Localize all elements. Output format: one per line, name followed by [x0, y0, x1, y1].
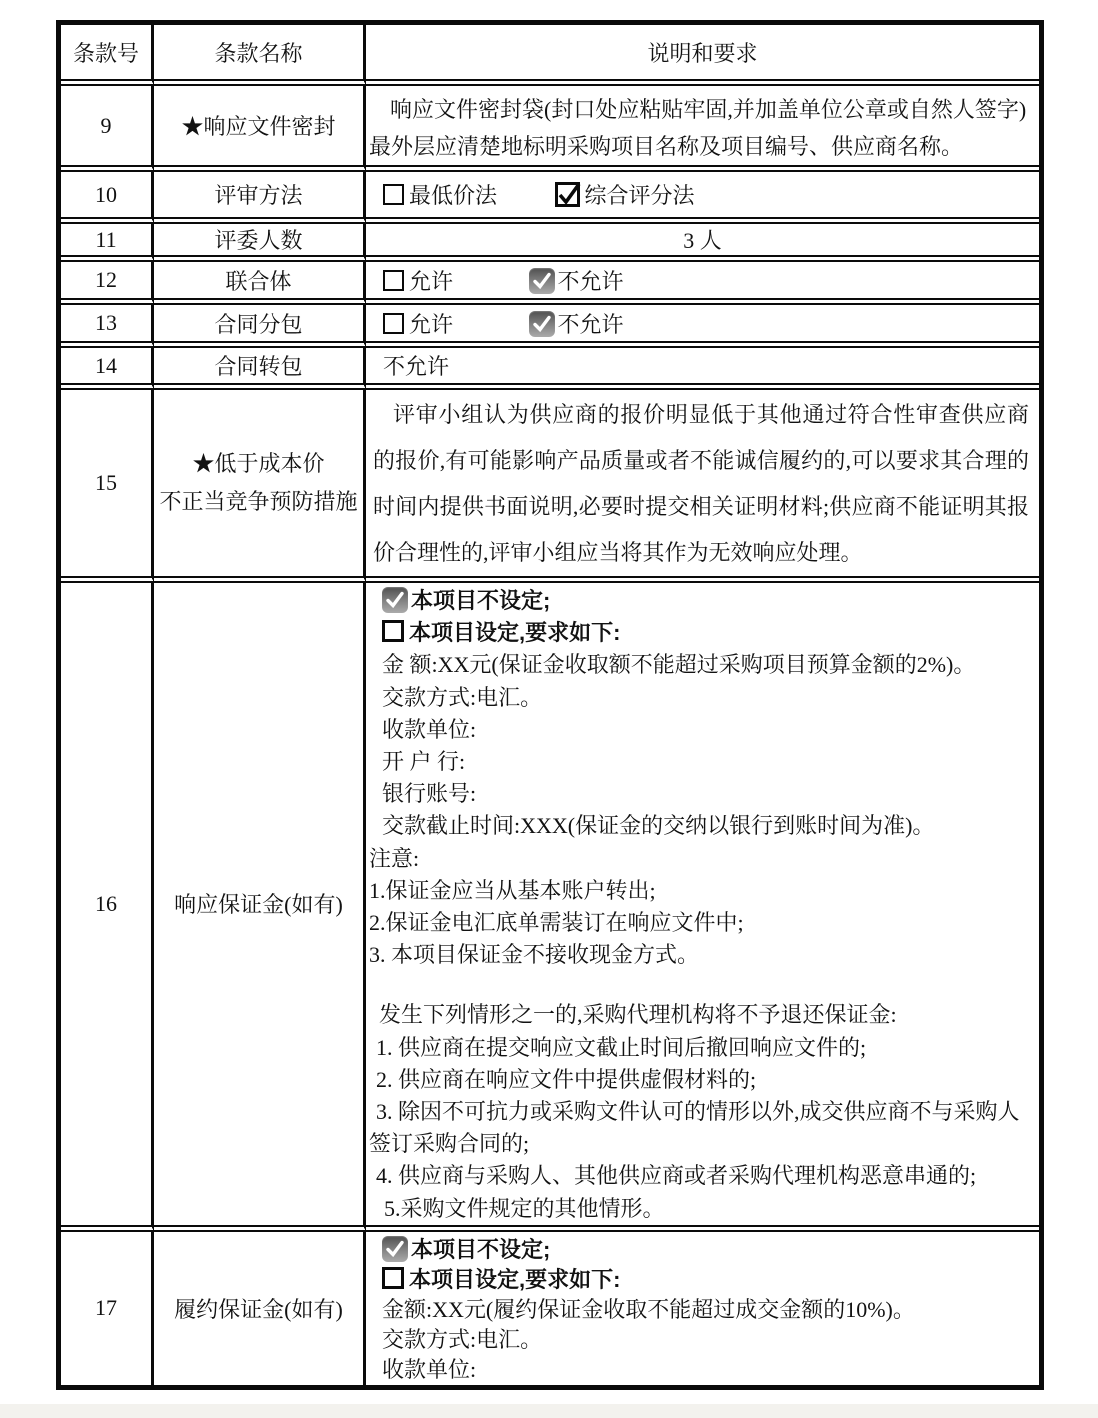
clause-desc-cell: 评审小组认为供应商的报价明显低于其他通过符合性审查供应商的报价,有可能影响产品质… — [366, 390, 1039, 583]
clause-name: ★低于成本价 不正当竞争预防措施 — [154, 390, 366, 583]
row-9: 9 ★响应文件密封 响应文件密封袋(封口处应粘贴牢固,并加盖单位公章或自然人签字… — [61, 86, 1039, 172]
detail-line: 交款方式:电汇。 — [369, 682, 1033, 714]
option-label: 本项目不设定; — [411, 1237, 550, 1262]
clause-no: 12 — [61, 262, 154, 305]
option-allowed: 允许 — [383, 312, 453, 337]
clause-desc-cell: 本项目不设定; 本项目设定,要求如下: 金额:XX元(履约保证金收取不能超过成交… — [366, 1232, 1039, 1385]
detail-line: 开 户 行: — [369, 746, 1033, 778]
forfeit-item: 5.采购文件规定的其他情形。 — [369, 1193, 1033, 1225]
forfeit-title: 发生下列情形之一的,采购代理机构将不予退还保证金: — [369, 999, 1033, 1031]
row-17: 17 履约保证金(如有) 本项目不设定; 本项目设定,要求如下: 金额:XX元(… — [61, 1232, 1039, 1385]
desc-line: 最外层应清楚地标明采购项目名称及项目编号、供应商名称。 — [369, 128, 1033, 165]
blank-line — [369, 971, 1033, 999]
detail-line: 金 额:XX元(保证金收取额不能超过采购项目预算金额的2%)。 — [369, 649, 1033, 681]
option-label: 本项目设定,要求如下: — [409, 1267, 620, 1292]
option-label: 允许 — [409, 312, 453, 337]
clauses-table: 条款号 条款名称 说明和要求 9 ★响应文件密封 响应文件密封袋(封口处应粘贴牢… — [56, 20, 1044, 1390]
header-desc: 说明和要求 — [366, 25, 1039, 86]
header-clause-name: 条款名称 — [154, 25, 366, 86]
desc-value: 不允许 — [366, 350, 1039, 381]
clause-name: 评审方法 — [154, 172, 366, 224]
desc-paragraph: 评审小组认为供应商的报价明显低于其他通过符合性审查供应商的报价,有可能影响产品质… — [369, 390, 1033, 576]
clause-desc-cell: 不允许 — [366, 348, 1039, 390]
clause-desc-cell: 响应文件密封袋(封口处应粘贴牢固,并加盖单位公章或自然人签字) 最外层应清楚地标… — [366, 86, 1039, 172]
checkbox-unchecked-icon — [382, 620, 404, 642]
clause-no: 13 — [61, 305, 154, 348]
note-title: 注意: — [369, 843, 1033, 875]
forfeit-item: 1. 供应商在提交响应文截止时间后撤回响应文件的; — [369, 1032, 1033, 1064]
checkbox-checked-icon — [382, 1236, 408, 1262]
checkbox-unchecked-icon — [383, 313, 404, 334]
clause-name-line: 不正当竞争预防措施 — [154, 483, 363, 521]
option-not-allowed: 不允许 — [529, 269, 624, 294]
forfeit-item: 2. 供应商在响应文件中提供虚假材料的; — [369, 1064, 1033, 1096]
clause-desc-cell: 3 人 — [366, 224, 1039, 262]
checkbox-checked-icon — [529, 268, 555, 294]
clause-no: 11 — [61, 224, 154, 262]
clause-no: 14 — [61, 348, 154, 390]
row-15: 15 ★低于成本价 不正当竞争预防措施 评审小组认为供应商的报价明显低于其他通过… — [61, 390, 1039, 583]
option-lowest-price: 最低价法 — [383, 183, 497, 208]
option-not-set: 本项目不设定; — [369, 585, 1033, 617]
option-label: 综合评分法 — [585, 183, 695, 208]
option-label: 允许 — [409, 269, 453, 294]
clause-name: 响应保证金(如有) — [154, 583, 366, 1232]
checkbox-checked-icon — [529, 311, 555, 337]
detail-line: 交款截止时间:XXX(保证金的交纳以银行到账时间为准)。 — [369, 810, 1033, 842]
row-14: 14 合同转包 不允许 — [61, 348, 1039, 390]
clause-name-line: ★低于成本价 — [154, 445, 363, 483]
checkbox-unchecked-icon — [383, 270, 404, 291]
option-label: 本项目不设定; — [411, 588, 550, 613]
forfeit-item: 4. 供应商与采购人、其他供应商或者采购代理机构恶意串通的; — [369, 1160, 1033, 1192]
row-11: 11 评委人数 3 人 — [61, 224, 1039, 262]
checkbox-unchecked-icon — [382, 1267, 404, 1289]
row-13: 13 合同分包 允许 不允许 — [61, 305, 1039, 348]
clause-no: 10 — [61, 172, 154, 224]
option-label: 不允许 — [558, 312, 624, 337]
detail-line: 交款方式:电汇。 — [369, 1325, 1033, 1355]
header-clause-no: 条款号 — [61, 25, 154, 86]
desc-line: 响应文件密封袋(封口处应粘贴牢固,并加盖单位公章或自然人签字) — [369, 86, 1033, 128]
document-page: 条款号 条款名称 说明和要求 9 ★响应文件密封 响应文件密封袋(封口处应粘贴牢… — [0, 0, 1098, 1418]
row-12: 12 联合体 允许 不允许 — [61, 262, 1039, 305]
option-not-set: 本项目不设定; — [369, 1235, 1033, 1265]
clause-desc-cell: 本项目不设定; 本项目设定,要求如下: 金 额:XX元(保证金收取额不能超过采购… — [366, 583, 1039, 1232]
detail-line: 收款单位: — [369, 714, 1033, 746]
note-item: 2.保证金电汇底单需装订在响应文件中; — [369, 907, 1033, 939]
clause-name: ★响应文件密封 — [154, 86, 366, 172]
clause-no: 17 — [61, 1232, 154, 1385]
clause-no: 15 — [61, 390, 154, 583]
forfeit-item: 3. 除因不可抗力或采购文件认可的情形以外,成交供应商不与采购人签订采购合同的; — [369, 1096, 1033, 1160]
option-label: 不允许 — [558, 269, 624, 294]
clause-no: 9 — [61, 86, 154, 172]
row-16: 16 响应保证金(如有) 本项目不设定; 本项目设定,要求如下: 金 额:XX元… — [61, 583, 1039, 1232]
option-set: 本项目设定,要求如下: — [369, 1265, 1033, 1295]
detail-line: 金额:XX元(履约保证金收取不能超过成交金额的10%)。 — [369, 1295, 1033, 1325]
note-item: 3. 本项目保证金不接收现金方式。 — [369, 939, 1033, 971]
clause-name: 合同转包 — [154, 348, 366, 390]
option-set: 本项目设定,要求如下: — [369, 617, 1033, 649]
option-not-allowed: 不允许 — [529, 312, 624, 337]
option-label: 最低价法 — [409, 183, 497, 208]
checkbox-checked-icon — [382, 587, 408, 613]
note-item: 1.保证金应当从基本账户转出; — [369, 875, 1033, 907]
clause-name: 评委人数 — [154, 224, 366, 262]
row-10: 10 评审方法 最低价法 综合评分法 — [61, 172, 1039, 224]
page-bottom-strip — [0, 1404, 1098, 1418]
detail-line: 银行账号: — [369, 778, 1033, 810]
detail-line: 收款单位: — [369, 1355, 1033, 1385]
clause-no: 16 — [61, 583, 154, 1232]
clause-name: 联合体 — [154, 262, 366, 305]
option-label: 本项目设定,要求如下: — [409, 620, 620, 645]
clause-desc-cell: 允许 不允许 — [366, 262, 1039, 305]
checkbox-unchecked-icon — [383, 184, 404, 205]
clause-name: 履约保证金(如有) — [154, 1232, 366, 1385]
checkbox-checked-icon — [555, 182, 580, 207]
clause-desc-cell: 最低价法 综合评分法 — [366, 172, 1039, 224]
table-header-row: 条款号 条款名称 说明和要求 — [61, 25, 1039, 86]
option-comprehensive-scoring: 综合评分法 — [555, 183, 695, 208]
clause-desc-cell: 允许 不允许 — [366, 305, 1039, 348]
clause-name: 合同分包 — [154, 305, 366, 348]
option-allowed: 允许 — [383, 269, 453, 294]
